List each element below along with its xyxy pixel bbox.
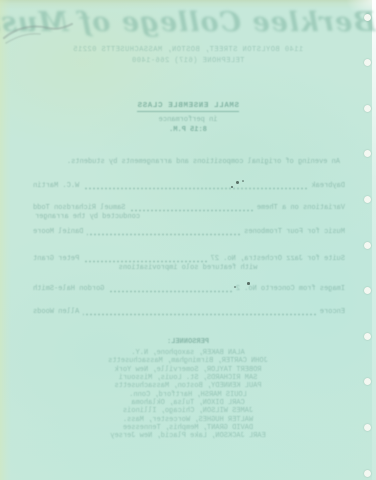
piece-title-ghost: Variations on a Theme — [257, 204, 345, 212]
composer-ghost: Gordon Hale-Smith — [33, 285, 104, 293]
personnel-block: PERSONNEL: ALAN BAKER, saxophone, N.Y.JO… — [0, 338, 376, 441]
program-row: DaybreakW.C. Martin — [33, 182, 345, 190]
program-intro-line: An evening of original compositions and … — [67, 158, 340, 166]
personnel-line: JAMES WILSON, Chicago, Illinois — [0, 407, 376, 415]
personnel-line: ALAN BAKER, saxophone, N.Y. — [0, 349, 376, 357]
scanned-document-page: Berklee College of Music 1140 BOYLSTON S… — [0, 0, 376, 480]
composer-ghost: W.C. Martin — [33, 182, 79, 190]
personnel-line: PAUL KENNEDY, Boston, Massachusetts — [0, 382, 376, 390]
ink-speck — [236, 181, 239, 184]
dotted-leader — [83, 256, 206, 263]
program-row: Music for Four TrombonesDaniel Moore — [33, 228, 345, 236]
program-row: Variations on a ThemeSamuel Richardson T… — [33, 204, 345, 212]
piece-title-ghost: Daybreak — [311, 182, 345, 190]
composer-ghost: Samuel Richardson Todd — [33, 204, 125, 212]
piece-title-ghost: Images from Concerto No. 2 — [236, 285, 345, 293]
composer-ghost: Allen Woods — [33, 308, 79, 316]
program-continuation-ghost: conducted by the arranger — [35, 213, 140, 221]
address-line-2: TELEPHONE (617) 266-1400 — [0, 57, 376, 65]
ink-speck — [247, 282, 250, 285]
punch-hole — [364, 242, 371, 249]
mirrored-showthrough-layer: Berklee College of Music 1140 BOYLSTON S… — [0, 0, 376, 480]
pencil-scribble — [2, 16, 74, 46]
piece-title-ghost: Music for Four Trombones — [244, 228, 345, 236]
personnel-lines: ALAN BAKER, saxophone, N.Y.JOHN CARTER, … — [0, 349, 376, 441]
program-row: EncoreAllen Woods — [33, 308, 345, 316]
piece-title-ghost: Suite for Jazz Orchestra, No. 27 — [211, 255, 345, 263]
personnel-line: JOHN CARTER, Birmingham, Massachusetts — [0, 357, 376, 365]
program-continuation-ghost: with featured solo improvisations — [0, 264, 376, 272]
punch-hole — [364, 470, 371, 477]
dotted-leader — [129, 205, 252, 212]
ink-speck — [231, 186, 233, 188]
personnel-line: ROBERT TAYLOR, Somerville, New York — [0, 366, 376, 374]
program-title: SMALL ENSEMBLE CLASS — [0, 102, 376, 112]
punch-hole — [364, 105, 371, 112]
personnel-line: DAVID GRANT, Memphis, Tennessee — [0, 424, 376, 432]
personnel-line: SAM RICHARDS, St. Louis, Missouri — [0, 374, 376, 382]
personnel-line: CARL DIXON, Tulsa, Oklahoma — [0, 399, 376, 407]
dotted-leader — [83, 309, 316, 316]
punch-hole — [364, 196, 371, 203]
program-subtitle: in performance — [0, 116, 376, 124]
ink-speck — [234, 286, 236, 288]
program-row: Images from Concerto No. 2Gordon Hale-Sm… — [33, 285, 345, 293]
composer-ghost: Peter Grant — [33, 255, 79, 263]
personnel-line: WALTER HUGHES, Worcester, Mass. — [0, 416, 376, 424]
composer-ghost: Daniel Moore — [33, 228, 83, 236]
personnel-line: EARL JACKSON, Lake Placid, New Jersey — [0, 432, 376, 440]
personnel-line: LOUIS MARSH, Hartford, Conn. — [0, 391, 376, 399]
dotted-leader — [83, 183, 307, 190]
punch-hole — [364, 14, 371, 21]
personnel-heading: PERSONNEL: — [0, 338, 376, 346]
punch-hole — [364, 333, 371, 340]
ink-speck — [242, 180, 244, 182]
address-line-1: 1140 BOYLSTON STREET, BOSTON, MASSACHUSE… — [0, 46, 376, 54]
piece-title-ghost: Encore — [320, 308, 345, 316]
dotted-leader — [87, 229, 240, 236]
punch-hole — [364, 424, 371, 431]
program-row: Suite for Jazz Orchestra, No. 27Peter Gr… — [33, 255, 345, 263]
program-time: 8:15 P.M. — [0, 126, 376, 134]
dotted-leader — [108, 286, 231, 293]
